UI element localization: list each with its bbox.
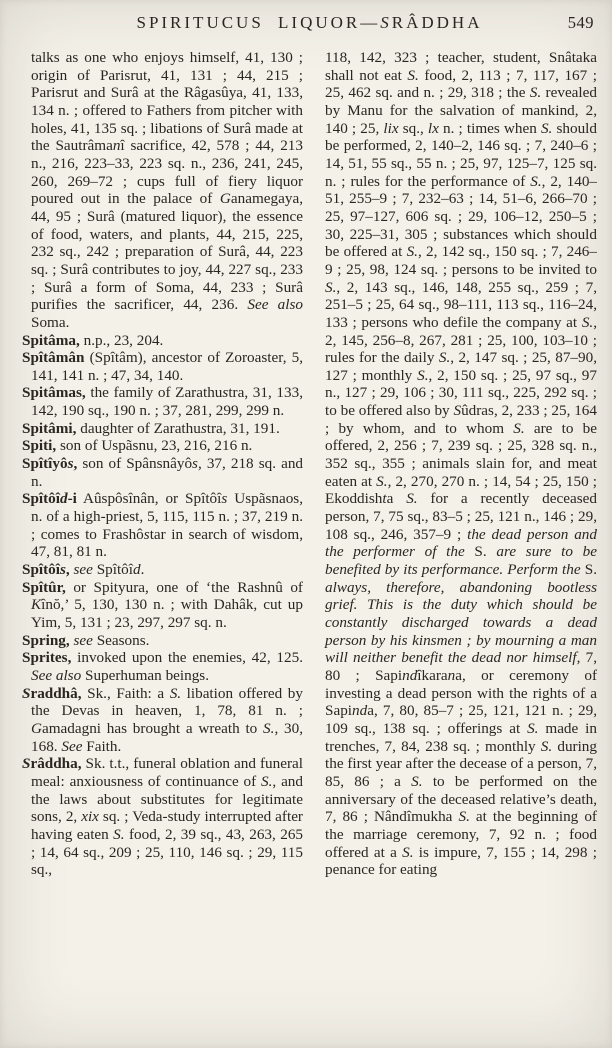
index-entry: Spîtâmân (Spîtâm), ancestor of Zoroaster…	[22, 349, 303, 384]
text-run: See	[61, 738, 82, 755]
text-run: râddha,	[30, 755, 81, 772]
index-entry: Spîtôîd-i Aûspôsînân, or Spîtôîs Uspãsna…	[22, 490, 303, 561]
index-entry: Spîtûr, or Spityura, one of ‘the Rashnû …	[22, 579, 303, 632]
text-run: S.	[582, 314, 593, 331]
page-number: 549	[568, 13, 594, 33]
text-run: înŏ,’ 5, 130, 130 n. ; with Dahâk, cut u…	[31, 596, 303, 631]
index-entry: Spiti, son of Uspãsnu, 23, 216, 216 n.	[22, 437, 303, 455]
text-columns: talks as one who enjoys himself, 41, 130…	[22, 49, 597, 1041]
text-run: See also	[31, 667, 81, 684]
text-run: tra, 31, 191.	[207, 420, 280, 437]
text-run: -i	[68, 490, 77, 507]
text-run: Spitâma,	[22, 332, 80, 349]
text-run: S.	[439, 349, 450, 366]
index-entry: Spitâmi, daughter of Zarathustra, 31, 19…	[22, 420, 303, 438]
text-run: îkara	[417, 667, 447, 684]
text-run: n.p., 23, 204.	[80, 332, 164, 349]
text-run: Spîtôî	[22, 490, 60, 507]
text-run: lix	[383, 120, 398, 137]
text-run: anamegaya, 44, 95 ; Surâ (matured liquor…	[31, 190, 303, 313]
index-entry: Spring, see Seasons.	[22, 632, 303, 650]
text-run: d	[60, 490, 68, 507]
text-run: invoked upon the enemies, 42, 125.	[71, 649, 303, 666]
text-run: S.	[541, 738, 552, 755]
text-run: Spitâmas,	[22, 384, 86, 401]
text-run: S	[453, 402, 461, 419]
text-run: sq.,	[399, 120, 428, 137]
index-continuation: talks as one who enjoys himself, 41, 130…	[22, 49, 303, 332]
text-run: S.	[541, 120, 552, 137]
text-run: S.	[402, 844, 413, 861]
text-run: S.	[417, 367, 428, 384]
text-run: n. ; times when	[439, 120, 541, 137]
text-run: Sk., Faith: a	[82, 685, 170, 702]
text-run: raddhâ,	[30, 685, 81, 702]
text-run: K	[31, 596, 41, 613]
text-run: xix	[81, 808, 99, 825]
text-run: S.	[585, 561, 597, 578]
text-run: G	[220, 190, 231, 207]
text-run: SPIRITUCUS LIQUOR—	[136, 13, 380, 32]
text-run: S.	[406, 490, 417, 507]
text-run: S.	[407, 243, 418, 260]
index-entry: Spitâmas, the family of Zarathustra, 31,…	[22, 384, 303, 419]
index-entry: Spîtôîs, see Spîtôîd.	[22, 561, 303, 579]
text-run: S.	[411, 773, 422, 790]
text-run: , 2, 143 sq., 146, 148, 255 sq., 259 ; 7…	[325, 279, 597, 331]
text-run: RÂDDHA	[392, 13, 483, 32]
text-run: S.	[325, 279, 336, 296]
text-run: the family of Zarathu	[86, 384, 223, 401]
text-run: Sprites,	[22, 649, 71, 666]
text-run: See also	[247, 296, 303, 313]
text-run: Spîtôî	[22, 561, 60, 578]
text-run: .	[141, 561, 145, 578]
text-run: Spiti,	[22, 437, 56, 454]
index-entry: Spîtîyôs, son of Spânsnâyôs, 37, 218 sq.…	[22, 455, 303, 490]
text-run: G	[31, 720, 42, 737]
text-run: S.	[474, 543, 486, 560]
index-entry: Sraddhâ, Sk., Faith: a S. libation offer…	[22, 685, 303, 756]
text-run: S.	[458, 808, 469, 825]
text-run: S	[380, 13, 392, 32]
text-run: always, therefore, abandoning bootless g…	[325, 579, 597, 667]
text-run: d	[133, 561, 141, 578]
text-run: son of Spânsnâyô	[77, 455, 192, 472]
text-run: nd	[352, 702, 367, 719]
running-title: SPIRITUCUS LIQUOR—SRÂDDHA	[22, 11, 597, 33]
text-run: see	[70, 561, 93, 578]
text-run: Superhuman beings.	[81, 667, 209, 684]
text-run: Spîtîyô	[22, 455, 68, 472]
text-run: lx	[428, 120, 439, 137]
text-run: S.	[530, 173, 541, 190]
page-header: SPIRITUCUS LIQUOR—SRÂDDHA 549	[22, 11, 597, 43]
left-column: talks as one who enjoys himself, 41, 130…	[22, 49, 303, 1041]
text-run: S.	[407, 67, 418, 84]
text-run: see	[70, 632, 93, 649]
index-entry: Spitâma, n.p., 23, 204.	[22, 332, 303, 350]
text-run: Spîtûr,	[22, 579, 66, 596]
text-run: Spîtôî	[93, 561, 133, 578]
text-run: Spîtâmân	[22, 349, 84, 366]
text-run: Spring,	[22, 632, 70, 649]
text-run: S.	[530, 84, 541, 101]
text-run: or Spityura, one of ‘the Rashnû of	[66, 579, 303, 596]
book-page: SPIRITUCUS LIQUOR—SRÂDDHA 549 talks as o…	[0, 0, 612, 1048]
text-run: S.	[113, 826, 124, 843]
text-run: Faith.	[82, 738, 121, 755]
text-run: Seasons.	[93, 632, 150, 649]
text-run: Aûspôsînân, or Spîtôî	[77, 490, 222, 507]
right-column: 118, 142, 323 ; teacher, student, Snâtak…	[316, 49, 597, 1041]
text-run: S.	[527, 720, 538, 737]
text-run: S.	[513, 420, 524, 437]
text-run: S.	[263, 720, 274, 737]
text-run: amadagni has brought a wreath to	[42, 720, 263, 737]
text-run: Spitâmi,	[22, 420, 76, 437]
text-run: Soma.	[31, 314, 69, 331]
text-run: S.	[376, 473, 387, 490]
index-continuation: 118, 142, 323 ; teacher, student, Snâtak…	[316, 49, 597, 879]
text-run: nd	[402, 667, 417, 684]
text-run: daughter of Zarathu	[76, 420, 200, 437]
index-entry: Sprites, invoked upon the enemies, 42, 1…	[22, 649, 303, 684]
text-run: S.	[261, 773, 272, 790]
index-entry: Srâddha, Sk. t.t., funeral oblation and …	[22, 755, 303, 879]
text-run: S.	[170, 685, 181, 702]
text-run: a	[387, 490, 407, 507]
text-run: son of Uspãsnu, 23, 216, 216 n.	[56, 437, 252, 454]
